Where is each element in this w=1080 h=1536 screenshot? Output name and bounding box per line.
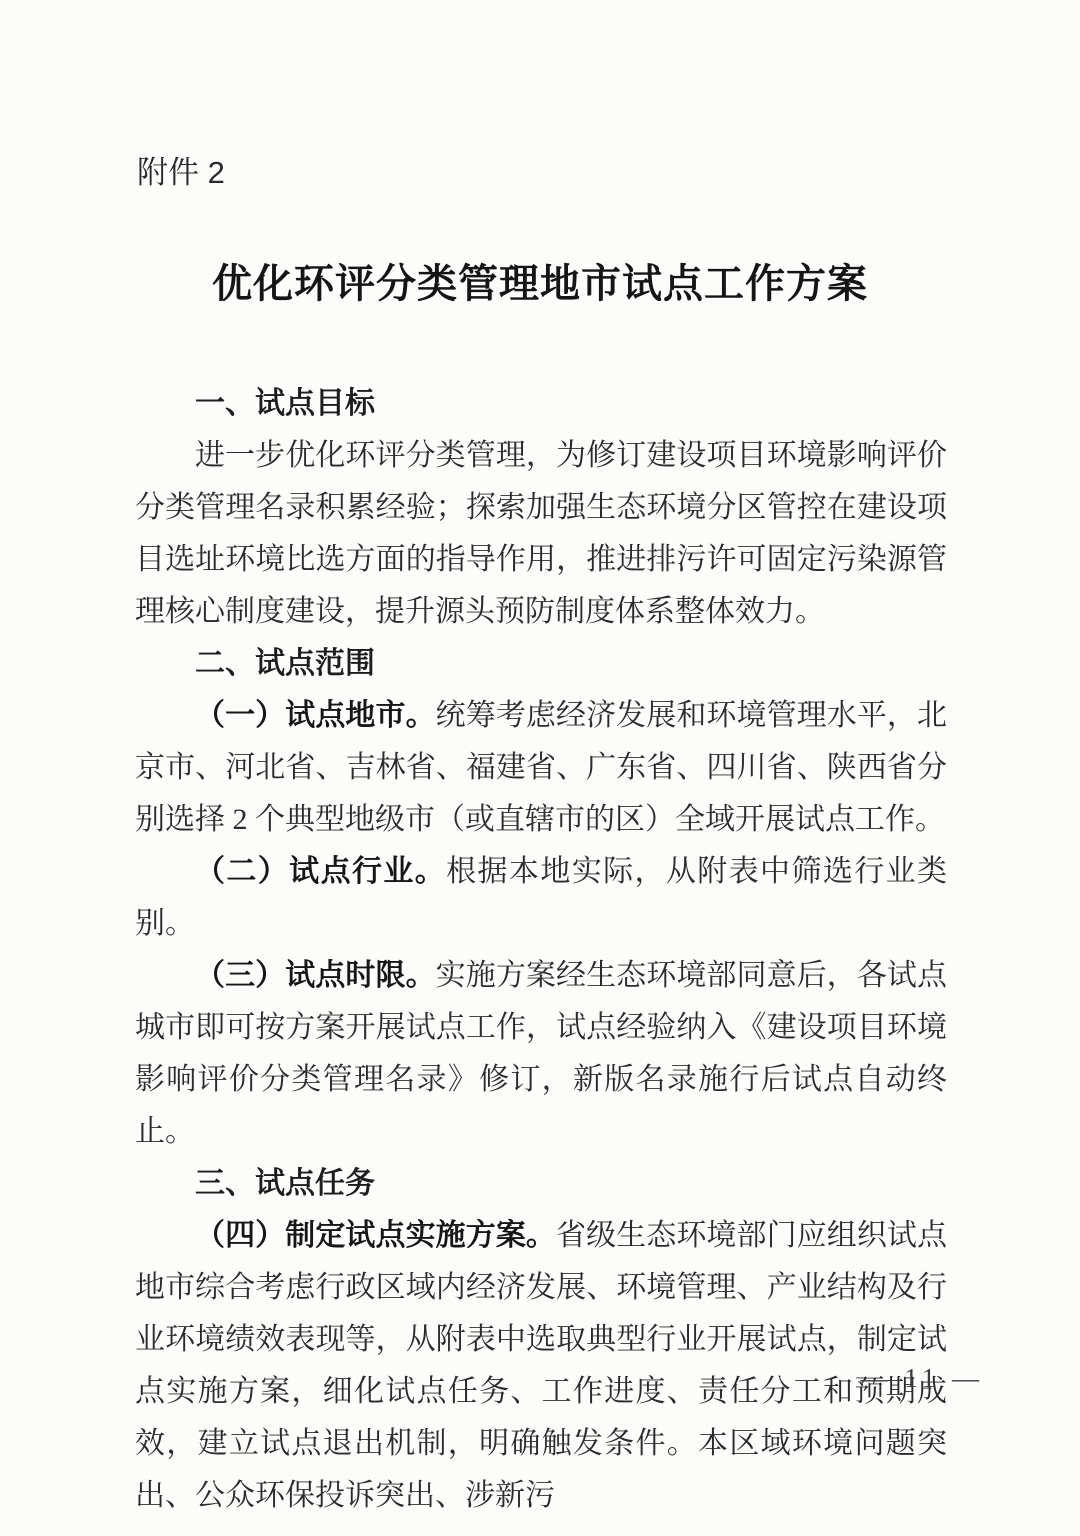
page-number: — 11 — xyxy=(861,1363,985,1394)
document-body: 一、试点目标 进一步优化环评分类管理，为修订建设项目环境影响评价分类管理名录积累… xyxy=(135,378,947,1522)
paragraph-lead: （二）试点行业。 xyxy=(195,855,446,888)
document-page: 附件 2 优化环评分类管理地市试点工作方案 一、试点目标 进一步优化环评分类管理… xyxy=(0,0,1080,1536)
paragraph-implementation-plan: （四）制定试点实施方案。省级生态环境部门应组织试点地市综合考虑行政区域内经济发展… xyxy=(135,1210,947,1522)
paragraph-text: 省级生态环境部门应组织试点地市综合考虑行政区域内经济发展、环境管理、产业结构及行… xyxy=(135,1219,947,1512)
section-heading-pilot-goals: 一、试点目标 xyxy=(135,378,947,430)
paragraph-pilot-industries: （二）试点行业。根据本地实际，从附表中筛选行业类别。 xyxy=(135,846,947,950)
paragraph-lead: （一）试点地市。 xyxy=(195,699,436,732)
document-title: 优化环评分类管理地市试点工作方案 xyxy=(0,260,1080,308)
paragraph-pilot-goals: 进一步优化环评分类管理，为修订建设项目环境影响评价分类管理名录积累经验；探索加强… xyxy=(135,430,947,638)
paragraph-lead: （四）制定试点实施方案。 xyxy=(195,1219,556,1252)
attachment-label: 附件 2 xyxy=(137,153,225,193)
paragraph-pilot-cities: （一）试点地市。统筹考虑经济发展和环境管理水平，北京市、河北省、吉林省、福建省、… xyxy=(135,690,947,846)
paragraph-lead: （三）试点时限。 xyxy=(195,959,436,992)
paragraph-pilot-timeline: （三）试点时限。实施方案经生态环境部同意后，各试点城市即可按方案开展试点工作，试… xyxy=(135,950,947,1158)
paragraph-text: 进一步优化环评分类管理，为修订建设项目环境影响评价分类管理名录积累经验；探索加强… xyxy=(135,439,947,628)
section-heading-pilot-tasks: 三、试点任务 xyxy=(135,1158,947,1210)
section-heading-pilot-scope: 二、试点范围 xyxy=(135,638,947,690)
